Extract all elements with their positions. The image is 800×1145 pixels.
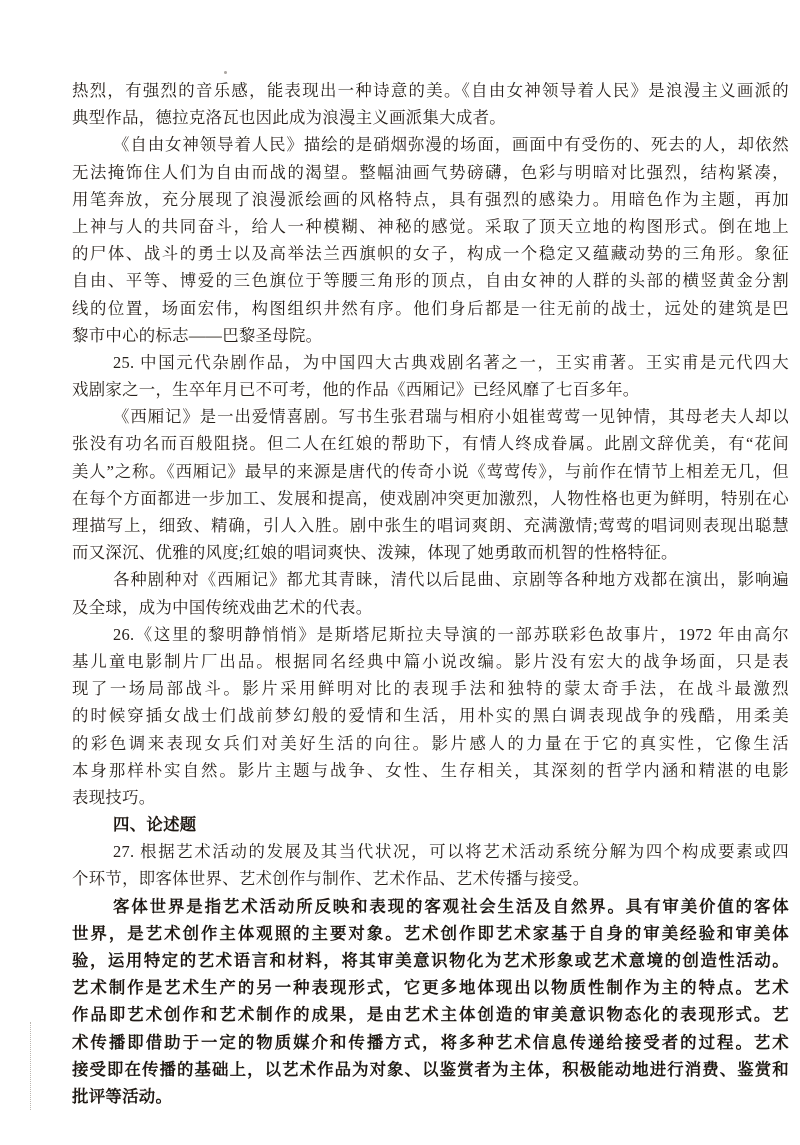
text-line: 《西厢记》是一出爱情喜剧。写书生张君瑞与相府小姐崔莺莺一见钟情，其母老夫人却以	[72, 403, 789, 430]
text-line: 世界，是艺术创作主体观照的主要对象。艺术创作即艺术家基于自身的审美经验和审美体	[72, 920, 789, 947]
text-line: 26.《这里的黎明静悄悄》是斯塔尼斯拉夫导演的一部苏联彩色故事片，1972 年由…	[72, 621, 789, 648]
scan-artifact-speck	[351, 124, 353, 126]
text-line: 个环节，即客体世界、艺术创作与制作、艺术作品、艺术传播与接受。	[72, 865, 789, 892]
text-line: 作品即艺术创作和艺术制作的成果，是由艺术主体创造的审美意识物态化的表现形式。艺	[72, 1001, 789, 1028]
text-line: 的尸体、战斗的勇士以及高举法兰西旗帜的女子，构成一个稳定又蕴藏动势的三角形。象征	[72, 240, 789, 267]
text-line: 27. 根据艺术活动的发展及其当代状况，可以将艺术活动系统分解为四个构成要素或四	[72, 838, 789, 865]
text-line: 戏剧家之一，生卒年月已不可考，他的作品《西厢记》已经风靡了七百多年。	[72, 376, 789, 403]
text-line: 而又深沉、优雅的风度;红娘的唱词爽快、泼辣，体现了她勇敢而机智的性格特征。	[72, 539, 789, 566]
text-line: 表现技巧。	[72, 784, 789, 811]
text-line: 本身那样朴实自然。影片主题与战争、女性、生存相关，其深刻的哲学内涵和精湛的电影	[72, 757, 789, 784]
text-line: 验，运用特定的艺术语言和材料，将其审美意识物化为艺术形象或艺术意境的创造性活动。	[72, 947, 789, 974]
text-line: 的时候穿插女战士们战前梦幻般的爱情和生活，用朴实的黑白调表现战争的残酷，用柔美	[72, 702, 789, 729]
text-line: 基儿童电影制片厂出品。根据同名经典中篇小说改编。影片没有宏大的战争场面，只是表	[72, 648, 789, 675]
text-line: 用笔奔放，充分展现了浪漫派绘画的风格特点，具有强烈的感染力。用暗色作为主题，再加	[72, 186, 789, 213]
text-line: 在每个方面都进一步加工、发展和提高，使戏剧冲突更加激烈，人物性格也更为鲜明，特别…	[72, 485, 789, 512]
text-line: 接受即在传播的基础上，以艺术作品为对象、以鉴赏者为主体，积极能动地进行消费、鉴赏…	[72, 1056, 789, 1083]
text-line: 黎市中心的标志——巴黎圣母院。	[72, 322, 789, 349]
text-line: 理描写上，细致、精确，引人入胜。剧中张生的唱词爽朗、充满激情;莺莺的唱词则表现出…	[72, 512, 789, 539]
text-line: 美人”之称。《西厢记》最早的来源是唐代的传奇小说《莺莺传》，与前作在情节上相差无…	[72, 458, 789, 485]
text-line: 无法掩饰住人们为自由而战的渴望。整幅油画气势磅礴，色彩与明暗对比强烈，结构紧凑，	[72, 159, 789, 186]
text-line: 线的位置，场面宏伟，构图组织井然有序。他们身后都是一往无前的战士，远处的建筑是巴	[72, 295, 789, 322]
text-line: 上神与人的共同奋斗，给人一种模糊、神秘的感觉。采取了顶天立地的构图形式。倒在地上	[72, 213, 789, 240]
text-line: 各种剧种对《西厢记》都尤其青睐，清代以后昆曲、京剧等各种地方戏都在演出，影响遍	[72, 566, 789, 593]
scanned-page: 热烈，有强烈的音乐感，能表现出一种诗意的美。《自由女神领导着人民》是浪漫主义画派…	[0, 0, 800, 1145]
scan-artifact-speck	[224, 71, 227, 74]
text-line: 客体世界是指艺术活动所反映和表现的客观社会生活及自然界。具有审美价值的客体	[72, 893, 789, 920]
text-line: 四、论述题	[72, 811, 789, 838]
text-line: 热烈，有强烈的音乐感，能表现出一种诗意的美。《自由女神领导着人民》是浪漫主义画派…	[72, 77, 789, 104]
text-line: 典型作品，德拉克洛瓦也因此成为浪漫主义画派集大成者。	[72, 104, 789, 131]
scan-artifact-dotted-line	[30, 1022, 31, 1110]
text-line: 批评等活动。	[72, 1083, 789, 1110]
text-line: 的彩色调来表现女兵们对美好生活的向往。影片感人的力量在于它的真实性，它像生活	[72, 730, 789, 757]
text-line: 现了一场局部战斗。影片采用鲜明对比的表现手法和独特的蒙太奇手法，在战斗最激烈	[72, 675, 789, 702]
text-line: 《自由女神领导着人民》描绘的是硝烟弥漫的场面，画面中有受伤的、死去的人，却依然	[72, 131, 789, 158]
text-line: 及全球，成为中国传统戏曲艺术的代表。	[72, 594, 789, 621]
document-text: 热烈，有强烈的音乐感，能表现出一种诗意的美。《自由女神领导着人民》是浪漫主义画派…	[72, 77, 789, 1110]
text-line: 25. 中国元代杂剧作品，为中国四大古典戏剧名著之一，王实甫著。王实甫是元代四大	[72, 349, 789, 376]
text-line: 艺术制作是艺术生产的另一种表现形式，它更多地体现出以物质性制作为主的特点。艺术	[72, 974, 789, 1001]
text-line: 张没有功名而百般阻挠。但二人在红娘的帮助下，有情人终成眷属。此剧文辞优美，有“花…	[72, 430, 789, 457]
text-line: 自由、平等、博爱的三色旗位于等腰三角形的顶点，自由女神的人群的头部的横竖黄金分割	[72, 267, 789, 294]
text-line: 术传播即借助于一定的物质媒介和传播方式，将多种艺术信息传递给接受者的过程。艺术	[72, 1029, 789, 1056]
